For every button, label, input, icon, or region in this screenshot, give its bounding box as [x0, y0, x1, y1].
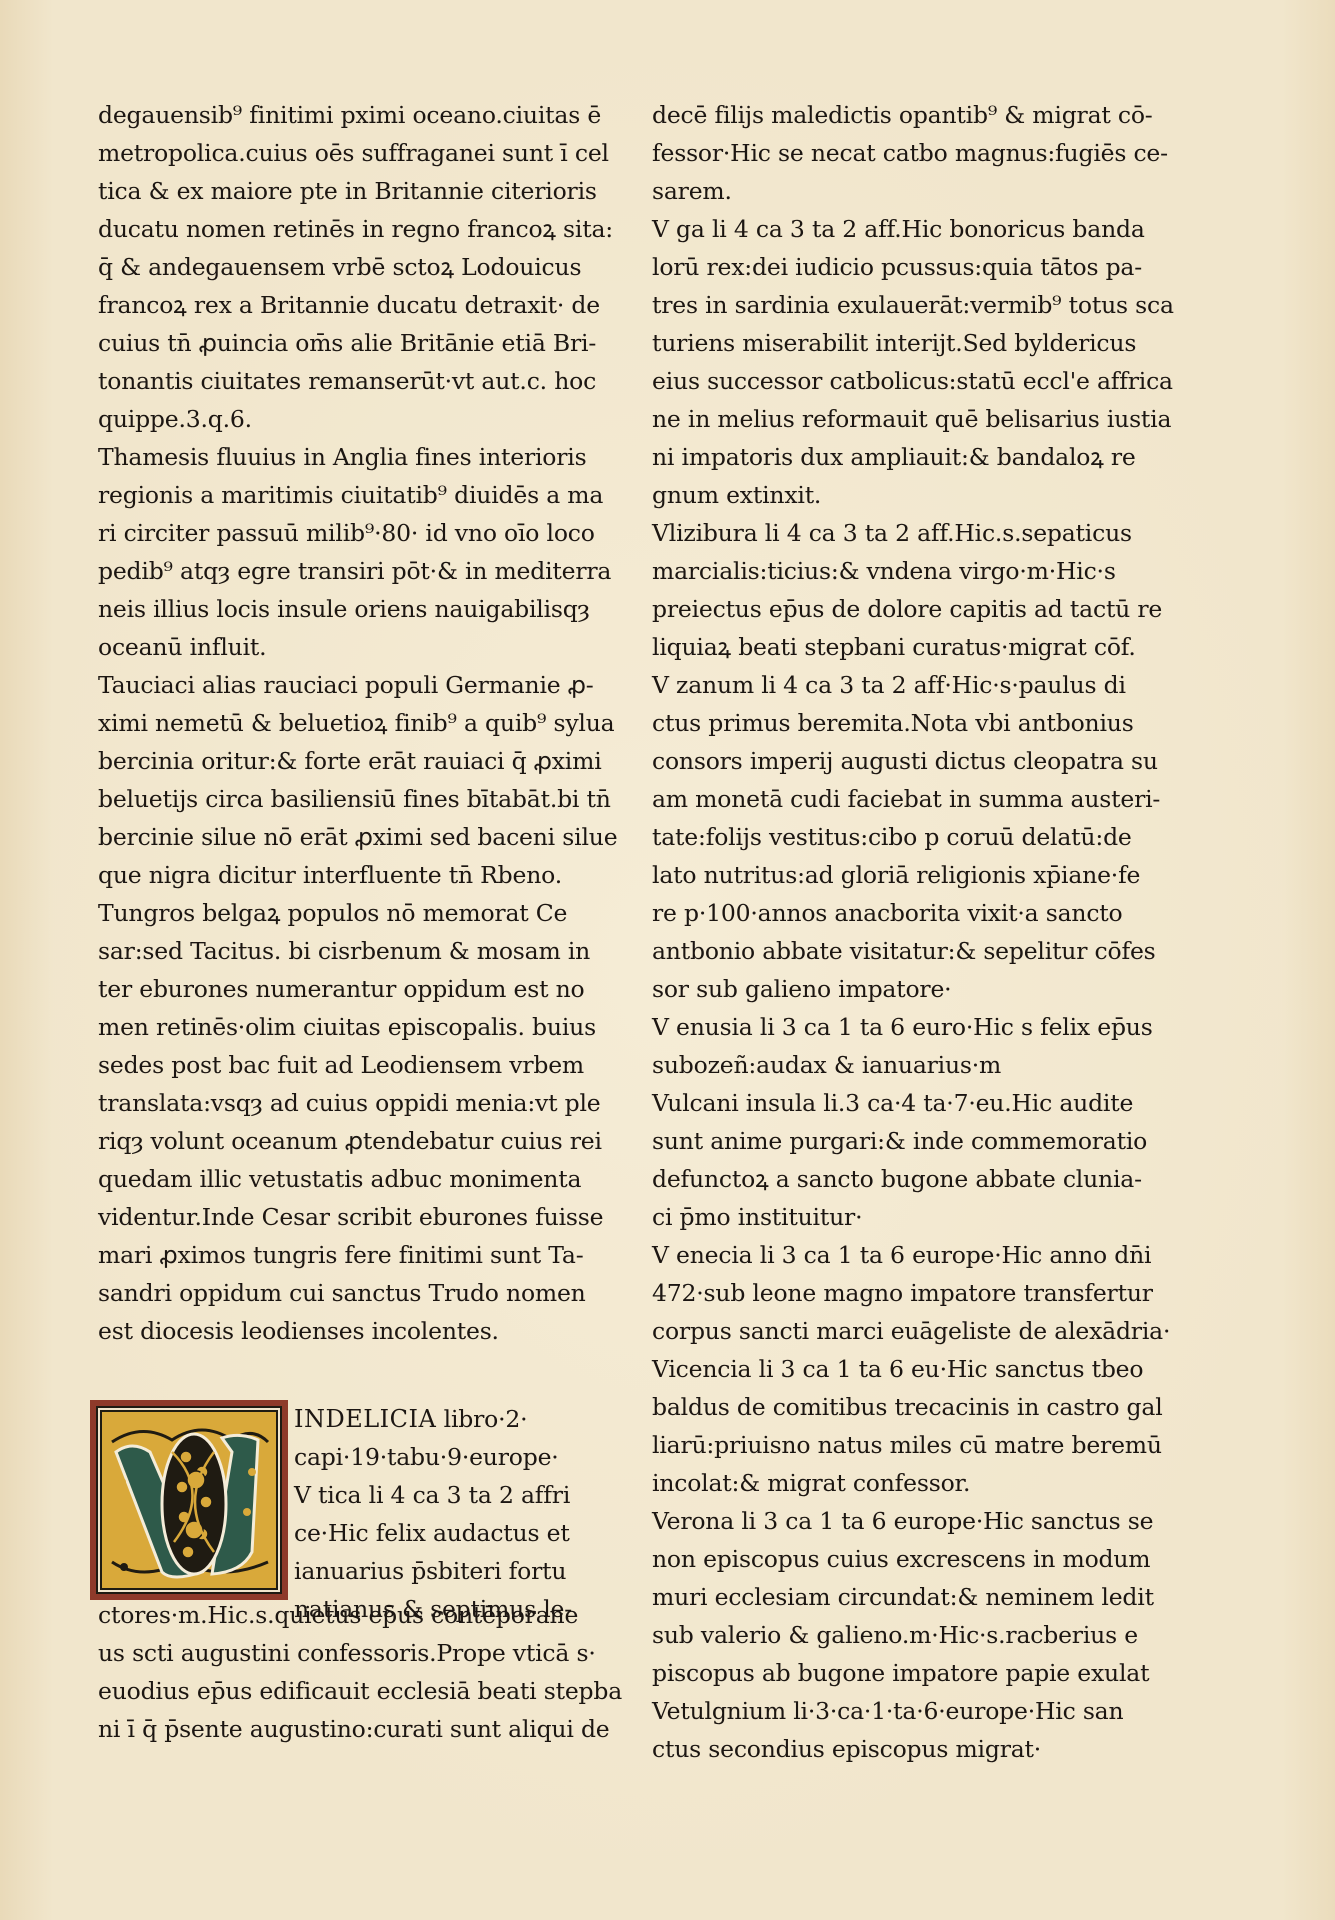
text-line: preiectus ep̄us de dolore capitis ad tac… — [652, 590, 1132, 628]
text-line: incolat:& migrat confessor. — [652, 1464, 1132, 1502]
text-line: ximi nemetū & beluetioꝝ finib⁹ a quib⁹ s… — [98, 704, 568, 742]
text-line: tonantis ciuitates remanserūt·vt aut.c. … — [98, 362, 568, 400]
text-line: riqȝ volunt oceanum ꝓtendebatur cuius re… — [98, 1122, 568, 1160]
text-line: antbonio abbate visitatur:& sepelitur cō… — [652, 932, 1132, 970]
entry-start-line: Vlizibura li 4 ca 3 ta 2 aff.Hic.s.sepat… — [652, 514, 1132, 552]
text-line: liarū:priuisno natus miles cū matre bere… — [652, 1426, 1132, 1464]
text-line: consors imperij augusti dictus cleopatra… — [652, 742, 1132, 780]
text-line: 472·sub leone magno impatore transfertur — [652, 1274, 1132, 1312]
text-line: non episcopus cuius excrescens in modum — [652, 1540, 1132, 1578]
text-line: ci p̄mo instituitur· — [652, 1198, 1132, 1236]
text-line: defunctoꝝ a sancto bugone abbate clunia- — [652, 1160, 1132, 1198]
entry-start-line: Tungros belgaꝝ populos nō memorat Ce — [98, 894, 568, 932]
text-line: ne in melius reformauit quē belisarius i… — [652, 400, 1132, 438]
text-line: capi·19·tabu·9·europe· — [294, 1438, 574, 1476]
entry-start-line: V enusia li 3 ca 1 ta 6 euro·Hic s felix… — [652, 1008, 1132, 1046]
text-line: est diocesis leodienses incolentes. — [98, 1312, 568, 1350]
text-line: baldus de comitibus trecacinis in castro… — [652, 1388, 1132, 1426]
text-line: us scti augustini confessoris.Prope vtic… — [98, 1634, 622, 1672]
text-line: pedib⁹ atqȝ egre transiri pōt·& in medit… — [98, 552, 568, 590]
text-line: ni impatoris dux ampliauit:& bandaloꝝ re — [652, 438, 1132, 476]
text-line: re p·100·annos anacborita vixit·a sancto — [652, 894, 1132, 932]
left-column: degauensib⁹ finitimi pximi oceano.ciuita… — [98, 96, 568, 1634]
text-line: decē filijs maledictis opantib⁹ & migrat… — [652, 96, 1132, 134]
text-line: piscopus ab bugone impatore papie exulat — [652, 1654, 1132, 1692]
text-line: ianuarius p̄sbiteri fortu — [294, 1552, 574, 1590]
text-line: muri ecclesiam circundat:& neminem ledit — [652, 1578, 1132, 1616]
text-line: men retinēs·olim ciuitas episcopalis. bu… — [98, 1008, 568, 1046]
text-line: INDELICIA libro·2· — [294, 1400, 574, 1438]
text-line: q̄ & andegauensem vrbē sctoꝝ Lodouicus — [98, 248, 568, 286]
text-line: sor sub galieno impatore· — [652, 970, 1132, 1008]
right-column: decē filijs maledictis opantib⁹ & migrat… — [652, 96, 1132, 1768]
text-line: lorū rex:dei iudicio pcussus:quia tātos … — [652, 248, 1132, 286]
entry-start-line: Vetulgnium li·3·ca·1·ta·6·europe·Hic san — [652, 1692, 1132, 1730]
text-line: neis illius locis insule oriens nauigabi… — [98, 590, 568, 628]
text-line: translata:vsqȝ ad cuius oppidi menia:vt … — [98, 1084, 568, 1122]
below-initial-text: ctores·m.Hic.s.quietus ep̄us contēporane… — [98, 1596, 622, 1748]
entry-start-line: V ga li 4 ca 3 ta 2 aff.Hic bonoricus ba… — [652, 210, 1132, 248]
ornamental-letter-v-icon — [102, 1412, 276, 1588]
text-line: sarem. — [652, 172, 1132, 210]
text-line: ter eburones numerantur oppidum est no — [98, 970, 568, 1008]
text-line: francoꝝ rex a Britannie ducatu detraxit·… — [98, 286, 568, 324]
text-line: sunt anime purgari:& inde commemoratio — [652, 1122, 1132, 1160]
entry-start-line: Verona li 3 ca 1 ta 6 europe·Hic sanctus… — [652, 1502, 1132, 1540]
text-line: am monetā cudi faciebat in summa austeri… — [652, 780, 1132, 818]
text-line: lato nutritus:ad gloriā religionis xp̄ia… — [652, 856, 1132, 894]
text-line: ctus secondius episcopus migrat· — [652, 1730, 1132, 1768]
text-line: subozeñ:audax & ianuarius·m — [652, 1046, 1132, 1084]
text-line: tica & ex maiore pte in Britannie citeri… — [98, 172, 568, 210]
text-line: liquiaꝝ beati stepbani curatus·migrat cō… — [652, 628, 1132, 666]
text-line: quippe.3.q.6. — [98, 400, 568, 438]
text-line: eius successor catbolicus:statū eccl'e a… — [652, 362, 1132, 400]
text-line: metropolica.cuius oēs suffraganei sunt ī… — [98, 134, 568, 172]
text-line: degauensib⁹ finitimi pximi oceano.ciuita… — [98, 96, 568, 134]
text-line: sar:sed Tacitus. bi cisrbenum & mosam in — [98, 932, 568, 970]
text-line: ctus primus beremita.Nota vbi antbonius — [652, 704, 1132, 742]
decorated-initial-v — [90, 1400, 288, 1600]
text-line: euodius ep̄us edificauit ecclesiā beati … — [98, 1672, 622, 1710]
entry-start-line: V enecia li 3 ca 1 ta 6 europe·Hic anno … — [652, 1236, 1132, 1274]
text-line: turiens miserabilit interijt.Sed bylderi… — [652, 324, 1132, 362]
text-line: beluetijs circa basiliensiū fines bītabā… — [98, 780, 568, 818]
text-line: tres in sardinia exulauerāt:vermib⁹ totu… — [652, 286, 1132, 324]
text-line: gnum extinxit. — [652, 476, 1132, 514]
entry-heading: INDELICIA — [294, 1405, 436, 1433]
text-line: quedam illic vetustatis adbuc monimenta — [98, 1160, 568, 1198]
text-line: fessor·Hic se necat catbo magnus:fugiēs … — [652, 134, 1132, 172]
text-line: sandri oppidum cui sanctus Trudo nomen — [98, 1274, 568, 1312]
text-line: cuius tn̄ ꝓuincia om̄s alie Britānie eti… — [98, 324, 568, 362]
text-line: V tica li 4 ca 3 ta 2 affri — [294, 1476, 574, 1514]
heading-reference: libro·2· — [444, 1405, 528, 1433]
text-line: ducatu nomen retinēs in regno francoꝝ si… — [98, 210, 568, 248]
text-line: tate:folijs vestitus:cibo p coruū delatū… — [652, 818, 1132, 856]
entry-start-line: Vulcani insula li.3 ca·4 ta·7·eu.Hic aud… — [652, 1084, 1132, 1122]
section-with-initial: INDELICIA libro·2· capi·19·tabu·9·europe… — [98, 1400, 568, 1634]
entry-start-line: Thamesis fluuius in Anglia fines interio… — [98, 438, 568, 476]
text-line: videntur.Inde Cesar scribit eburones fui… — [98, 1198, 568, 1236]
text-line: que nigra dicitur interfluente tn̄ Rbeno… — [98, 856, 568, 894]
entry-start-line: Tauciaci alias rauciaci populi Germanie … — [98, 666, 568, 704]
text-line: mari ꝓximos tungris fere finitimi sunt T… — [98, 1236, 568, 1274]
text-line: sub valerio & galieno.m·Hic·s.racberius … — [652, 1616, 1132, 1654]
text-line: ri circiter passuū milib⁹·80· id vno oīo… — [98, 514, 568, 552]
entry-start-line: Vicencia li 3 ca 1 ta 6 eu·Hic sanctus t… — [652, 1350, 1132, 1388]
text-line: sedes post bac fuit ad Leodiensem vrbem — [98, 1046, 568, 1084]
text-line: bercinia oritur:& forte erāt rauiaci q̄ … — [98, 742, 568, 780]
initial-adjacent-text: INDELICIA libro·2· capi·19·tabu·9·europe… — [294, 1400, 574, 1628]
text-line: bercinie silue nō erāt ꝓximi sed baceni … — [98, 818, 568, 856]
text-line: ni ī q̄ p̄sente augustino:curati sunt al… — [98, 1710, 622, 1748]
text-line: marcialis:ticius:& vndena virgo·m·Hic·s — [652, 552, 1132, 590]
entry-start-line: V zanum li 4 ca 3 ta 2 aff·Hic·s·paulus … — [652, 666, 1132, 704]
text-line: regionis a maritimis ciuitatib⁹ diuidēs … — [98, 476, 568, 514]
text-line: ctores·m.Hic.s.quietus ep̄us contēporane — [98, 1596, 622, 1634]
text-line: ce·Hic felix audactus et — [294, 1514, 574, 1552]
text-line: corpus sancti marci euāgeliste de alexād… — [652, 1312, 1132, 1350]
text-line: oceanū influit. — [98, 628, 568, 666]
